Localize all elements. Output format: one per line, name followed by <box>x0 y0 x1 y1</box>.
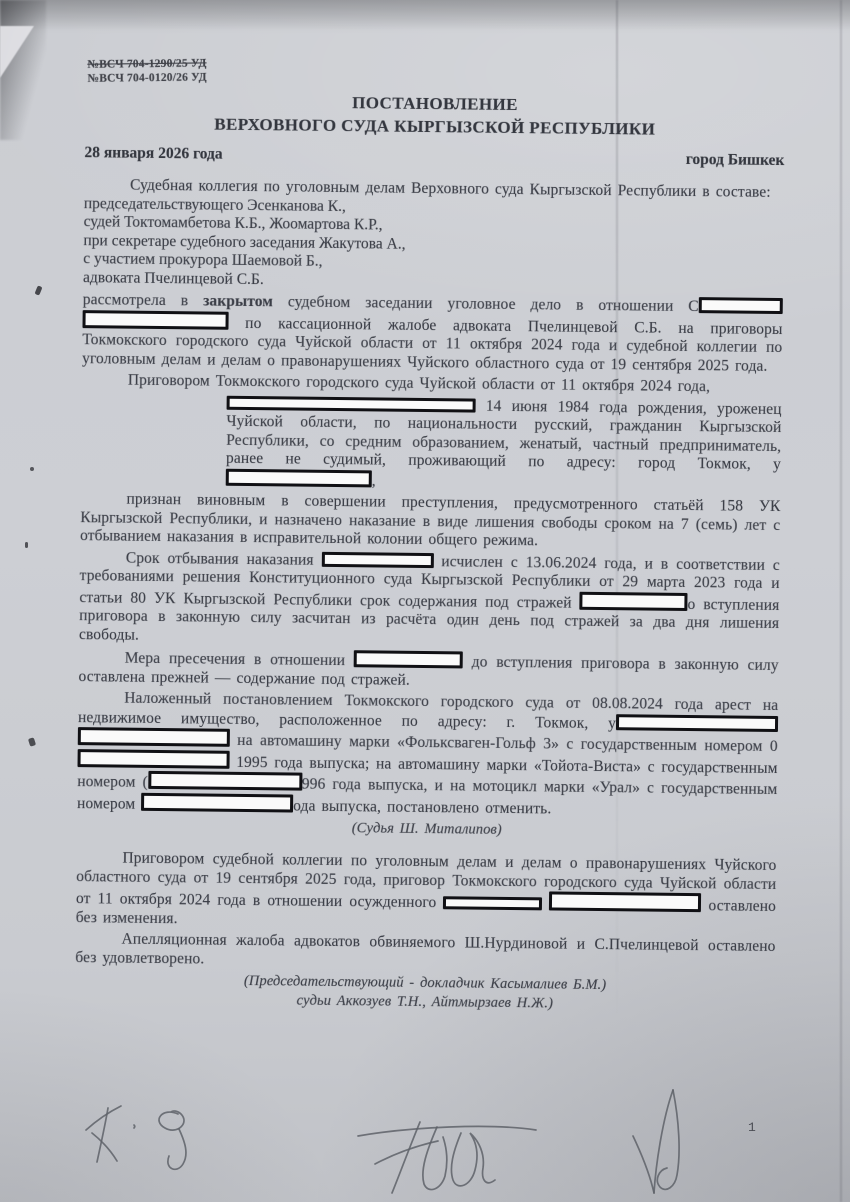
redaction-box <box>549 891 701 912</box>
document-content: №ВСЧ 704-1290/25 УД №ВСЧ 704-0120/26 УД … <box>75 53 786 1015</box>
scan-artifact <box>34 285 42 295</box>
paragraph-measure: Мера пресечения в отношении до вступлени… <box>78 647 778 694</box>
scan-artifact <box>30 467 34 471</box>
paper-edge-line <box>840 0 842 1202</box>
paragraph-appeal: Апелляционная жалоба адвокатов обвиняемо… <box>75 930 775 975</box>
signature-middle <box>348 1100 543 1200</box>
text-run: Срок отбывания наказания <box>126 549 322 568</box>
text-run: с участием прокурора Шаемовой Б., <box>83 250 322 270</box>
paragraph-arrest: Наложенный постановлением Токмокского го… <box>77 689 778 821</box>
page-number: 1 <box>748 1120 756 1135</box>
text-run: ода выпуска, постановлено отменить. <box>293 797 551 817</box>
redaction-box <box>321 551 433 567</box>
date-row: 28 января 2026 года город Бишкек <box>84 144 784 170</box>
paragraph-guilty: признан виновным в совершении преступлен… <box>80 490 781 553</box>
text-run-bold: закрытом <box>203 292 273 310</box>
redaction-box <box>78 727 230 747</box>
text-run: рассмотрела в <box>83 291 204 309</box>
document-date: 28 января 2026 года <box>84 144 222 164</box>
text-run: судьи Аккозуев Т.Н., Айтмырзаев Н.Ж.) <box>297 993 554 1012</box>
paragraph-term: Срок отбывания наказания исчислен с 13.0… <box>79 549 780 652</box>
scan-artifact <box>28 737 36 746</box>
text-run: признан виновным в совершении преступлен… <box>80 491 781 550</box>
redaction-box <box>226 468 372 487</box>
text-run: председательствующего Эсенканова К., <box>84 195 346 215</box>
paper-fold-corner <box>0 26 34 78</box>
redaction-box <box>616 714 778 732</box>
redaction-box <box>82 310 228 330</box>
text-run: судей Токтомамбетова К.Б., Жоомартова К.… <box>84 213 383 233</box>
document-city: город Бишкек <box>686 151 785 170</box>
paragraph-considered: рассмотрела в закрытом судебном заседани… <box>82 290 783 376</box>
redaction-box <box>699 297 783 314</box>
signature-right <box>618 1078 733 1202</box>
paragraph-person-details: 14 июня 1984 года рождения, уроженец Чуй… <box>226 394 782 495</box>
scanned-court-document: №ВСЧ 704-1290/25 УД №ВСЧ 704-0120/26 УД … <box>0 0 850 1202</box>
scan-artifact <box>25 542 28 548</box>
judge-signature-line: (Судья Ш. Миталипов) <box>77 816 777 842</box>
case-number-current: №ВСЧ 704-0120/26 УД <box>87 69 317 86</box>
text-run: (Председательствующий - докладчик Касыма… <box>244 973 606 993</box>
photo-top-shade <box>0 0 850 30</box>
redaction-box <box>148 771 302 791</box>
text-run: (Судья Ш. Миталипов) <box>352 820 502 838</box>
text-run: адвоката Пчелинцевой С.Б. <box>83 269 264 288</box>
text-run: Приговором Токмокского городского суда Ч… <box>128 372 710 396</box>
signature-left <box>78 1092 228 1187</box>
redaction-box <box>141 792 293 812</box>
paragraph-appeal-ruling: Приговором судебной коллегии по уголовны… <box>76 849 777 935</box>
text-run: Апелляционная жалоба адвокатов обвиняемо… <box>75 931 775 967</box>
case-numbers: №ВСЧ 704-1290/25 УД №ВСЧ 704-0120/26 УД <box>87 55 317 86</box>
redaction-box <box>443 896 542 910</box>
redaction-box <box>580 591 688 610</box>
document-title: ПОСТАНОВЛЕНИЕ ВЕРХОВНОГО СУДА КЫРГЫЗСКОЙ… <box>85 88 785 142</box>
text-run: , <box>372 472 376 489</box>
paragraph-verdict-intro: Приговором Токмокского городского суда Ч… <box>82 371 782 397</box>
text-run: на автомашину марки «Фольксваген-Гольф 3… <box>230 732 778 755</box>
text-run: при секретаре судебного заседания Жакуто… <box>83 232 405 253</box>
text-run: Мера пресечения в отношении <box>125 650 354 670</box>
redaction-box <box>354 650 463 668</box>
redaction-box <box>78 749 230 769</box>
redaction-box <box>227 395 476 412</box>
text-run: судебном заседании уголовное дело в отно… <box>273 293 699 315</box>
